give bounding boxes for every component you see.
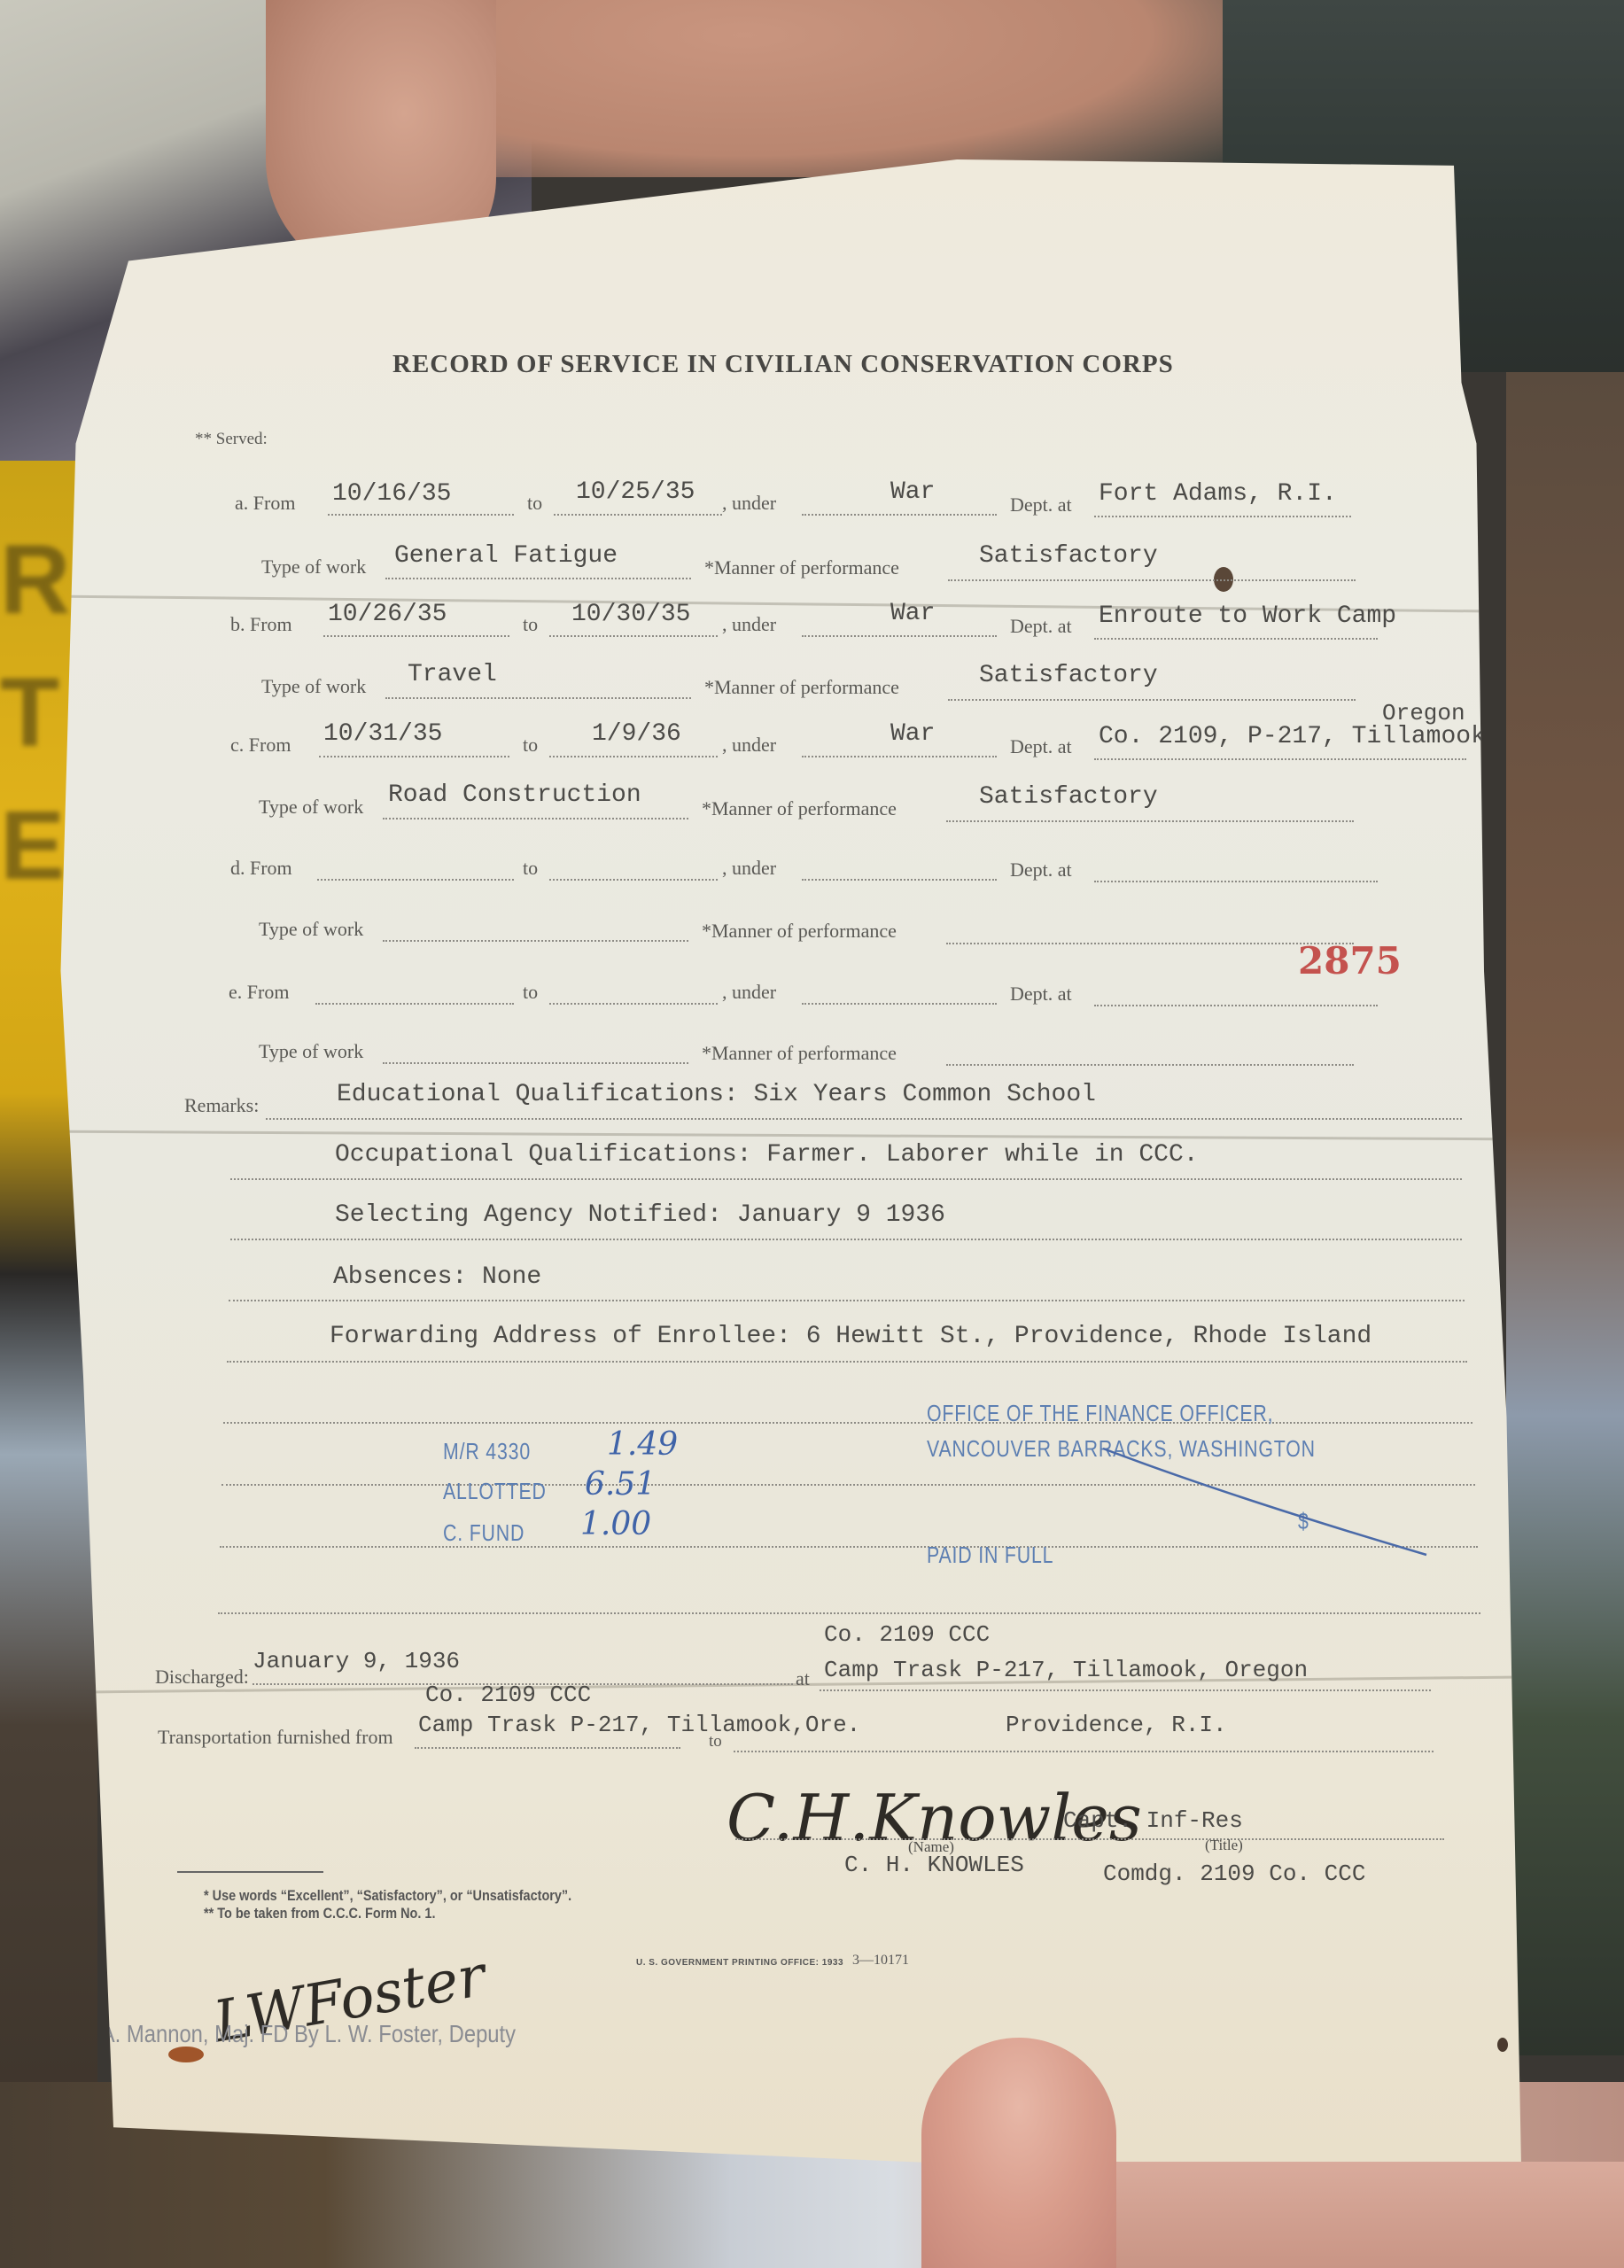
from-line: [317, 879, 514, 881]
under-label: , under: [722, 492, 776, 515]
to-date: 1/9/36: [592, 720, 681, 748]
from-line: [315, 1003, 514, 1005]
from-date: 10/31/35: [323, 720, 442, 748]
under-line: [802, 756, 997, 757]
from-label: From: [250, 857, 292, 879]
allotted-label: ALLOTTED: [443, 1478, 547, 1505]
discharge-at-label: at: [796, 1667, 810, 1690]
entry-letter: e.: [229, 981, 242, 1003]
to-label: to: [523, 981, 538, 1004]
manner-line: [948, 579, 1356, 581]
discharge-place-line: [820, 1689, 1431, 1691]
from-label: From: [250, 613, 292, 635]
finance-officer-stamp: J. A. Mannon, Maj. FD By L. W. Foster, D…: [80, 2020, 516, 2048]
under-label: , under: [722, 613, 776, 636]
type-of-work-label: Type of work: [261, 675, 366, 698]
signature-line: [735, 1838, 1444, 1840]
stamp-line: [218, 1612, 1480, 1614]
signer-name: C. H. KNOWLES: [844, 1852, 1024, 1878]
discharge-date: January 9, 1936: [253, 1648, 460, 1674]
from-line: [328, 514, 514, 516]
type-of-work-value: Travel: [408, 661, 497, 688]
remark-agency-notified: Selecting Agency Notified: January 9 193…: [335, 1201, 945, 1229]
dept-at-label: Dept. at: [1010, 493, 1072, 517]
to-label: to: [527, 492, 542, 515]
from-date: 10/16/35: [332, 480, 451, 508]
manner-label: *Manner of performance: [704, 676, 899, 699]
manner-label: *Manner of performance: [702, 920, 897, 943]
transportation-label: Transportation furnished from: [158, 1726, 393, 1749]
from-date: 10/26/35: [328, 601, 447, 628]
work-line: [383, 940, 688, 942]
dept-at-label: Dept. at: [1010, 983, 1072, 1006]
transport-to: Providence, R.I.: [1006, 1712, 1227, 1738]
remark-forwarding-address: Forwarding Address of Enrollee: 6 Hewitt…: [330, 1323, 1371, 1350]
footnote-rule: [177, 1871, 323, 1873]
hand-top: [425, 0, 1223, 177]
to-line: [549, 1003, 718, 1005]
footnote-manner: * Use words “Excellent”, “Satisfactory”,…: [204, 1887, 571, 1905]
type-of-work-label: Type of work: [259, 918, 363, 941]
type-of-work-label: Type of work: [259, 796, 363, 819]
manner-label: *Manner of performance: [702, 1042, 897, 1065]
to-label: to: [523, 613, 538, 636]
dept-at-label: Dept. at: [1010, 615, 1072, 638]
form-number: 3—10171: [852, 1953, 909, 1969]
transport-from: Camp Trask P-217, Tillamook,Ore.: [418, 1712, 860, 1738]
under-value: War: [890, 478, 935, 506]
manner-value: Satisfactory: [979, 662, 1158, 689]
to-label: to: [523, 734, 538, 757]
discharge-place: Camp Trask P-217, Tillamook, Oregon: [824, 1657, 1308, 1683]
dept-at-label: Dept. at: [1010, 858, 1072, 882]
to-label: to: [523, 857, 538, 880]
dept-at-value: Co. 2109, P-217, Tillamook,: [1099, 723, 1501, 750]
from-line: [319, 756, 509, 757]
manner-line: [946, 943, 1354, 944]
under-label: , under: [722, 857, 776, 880]
c-fund-value: 1.00: [580, 1506, 651, 1542]
under-label: , under: [722, 734, 776, 757]
remark-line: [229, 1300, 1465, 1301]
type-of-work-label: Type of work: [259, 1040, 363, 1063]
manner-label: *Manner of performance: [702, 797, 897, 820]
type-of-work-value: Road Construction: [388, 781, 641, 809]
remark-absences: Absences: None: [333, 1263, 541, 1291]
entry-letter: c.: [230, 734, 244, 756]
manner-line: [946, 1064, 1354, 1066]
remarks-label: Remarks:: [184, 1094, 259, 1117]
under-line: [802, 879, 997, 881]
remark-line: [227, 1361, 1467, 1363]
remark-line: [266, 1118, 1462, 1120]
transport-from-line: [415, 1747, 680, 1749]
dept-at-value: Enroute to Work Camp: [1099, 602, 1396, 630]
entry-letter: d.: [230, 857, 245, 879]
thumb-bottom: [921, 2038, 1116, 2268]
pen-stroke-icon: [1099, 1444, 1435, 1559]
stamp-line: [223, 1422, 1472, 1424]
footnote-served: ** To be taken from C.C.C. Form No. 1.: [204, 1905, 435, 1922]
work-line: [385, 697, 691, 699]
work-line: [385, 578, 691, 579]
from-label: From: [249, 734, 291, 756]
to-date: 10/25/35: [576, 478, 695, 506]
dept-line: [1094, 638, 1378, 640]
from-label: From: [253, 492, 296, 514]
rust-stain: [168, 2047, 204, 2062]
mr-value: 1.49: [607, 1426, 678, 1463]
paper-fold: [53, 1130, 1515, 1141]
entry-letter: a.: [235, 492, 248, 514]
hand-bottom: [1116, 2162, 1624, 2268]
served-label: ** Served:: [195, 430, 268, 449]
to-date: 10/30/35: [571, 601, 690, 628]
remark-education: Educational Qualifications: Six Years Co…: [337, 1081, 1096, 1108]
to-line: [549, 756, 718, 757]
transport-to-line: [734, 1751, 1434, 1752]
entry-letter: b.: [230, 613, 245, 635]
from-label: From: [247, 981, 290, 1003]
transport-company: Co. 2109 CCC: [425, 1682, 591, 1708]
paid-in-full: PAID IN FULL: [927, 1542, 1053, 1569]
manner-label: *Manner of performance: [704, 556, 899, 579]
under-line: [802, 635, 997, 637]
printer-imprint: U. S. GOVERNMENT PRINTING OFFICE: 1933: [636, 1958, 843, 1968]
dept-line: [1094, 758, 1466, 760]
manner-value: Satisfactory: [979, 783, 1158, 811]
paper-hole: [1497, 2038, 1508, 2052]
remark-line: [230, 1239, 1462, 1240]
manner-value: Satisfactory: [979, 542, 1158, 570]
under-line: [802, 514, 997, 516]
allotted-value: 6.51: [585, 1466, 656, 1503]
under-value: War: [890, 600, 935, 627]
type-of-work-value: General Fatigue: [394, 542, 618, 570]
background-leaves: [1506, 372, 1624, 2055]
type-of-work-label: Type of work: [261, 555, 366, 579]
under-line: [802, 1003, 997, 1005]
finance-office-line1: OFFICE OF THE FINANCE OFFICER,: [927, 1400, 1273, 1427]
red-stamp-number: 2875: [1298, 939, 1402, 983]
ccc-service-record: RECORD OF SERVICE IN CIVILIAN CONSERVATI…: [53, 159, 1559, 2188]
discharge-company: Co. 2109 CCC: [824, 1621, 990, 1648]
discharged-label: Discharged:: [155, 1666, 249, 1689]
remark-line: [230, 1178, 1462, 1180]
signer-title: Capt. Inf-Res: [1063, 1807, 1243, 1834]
mr-label: M/R 4330: [443, 1438, 531, 1465]
manner-line: [946, 820, 1354, 822]
dept-line: [1094, 881, 1378, 882]
signer-command: Comdg. 2109 Co. CCC: [1103, 1860, 1365, 1887]
manner-line: [948, 699, 1356, 701]
to-line: [549, 635, 718, 637]
work-line: [383, 1062, 688, 1064]
under-label: , under: [722, 981, 776, 1004]
under-value: War: [890, 720, 935, 748]
document-title: RECORD OF SERVICE IN CIVILIAN CONSERVATI…: [392, 350, 1174, 379]
from-line: [323, 635, 509, 637]
dept-line: [1094, 1005, 1378, 1006]
work-line: [383, 818, 688, 819]
title-caption: (Title): [1205, 1837, 1243, 1854]
dept-at-value: Fort Adams, R.I.: [1099, 480, 1337, 508]
dept-line: [1094, 516, 1351, 517]
to-line: [554, 514, 722, 516]
to-line: [549, 879, 718, 881]
transport-to-label: to: [709, 1732, 722, 1751]
dept-at-label: Dept. at: [1010, 735, 1072, 758]
remark-occupation: Occupational Qualifications: Farmer. Lab…: [335, 1141, 1199, 1169]
c-fund-label: C. FUND: [443, 1519, 524, 1547]
